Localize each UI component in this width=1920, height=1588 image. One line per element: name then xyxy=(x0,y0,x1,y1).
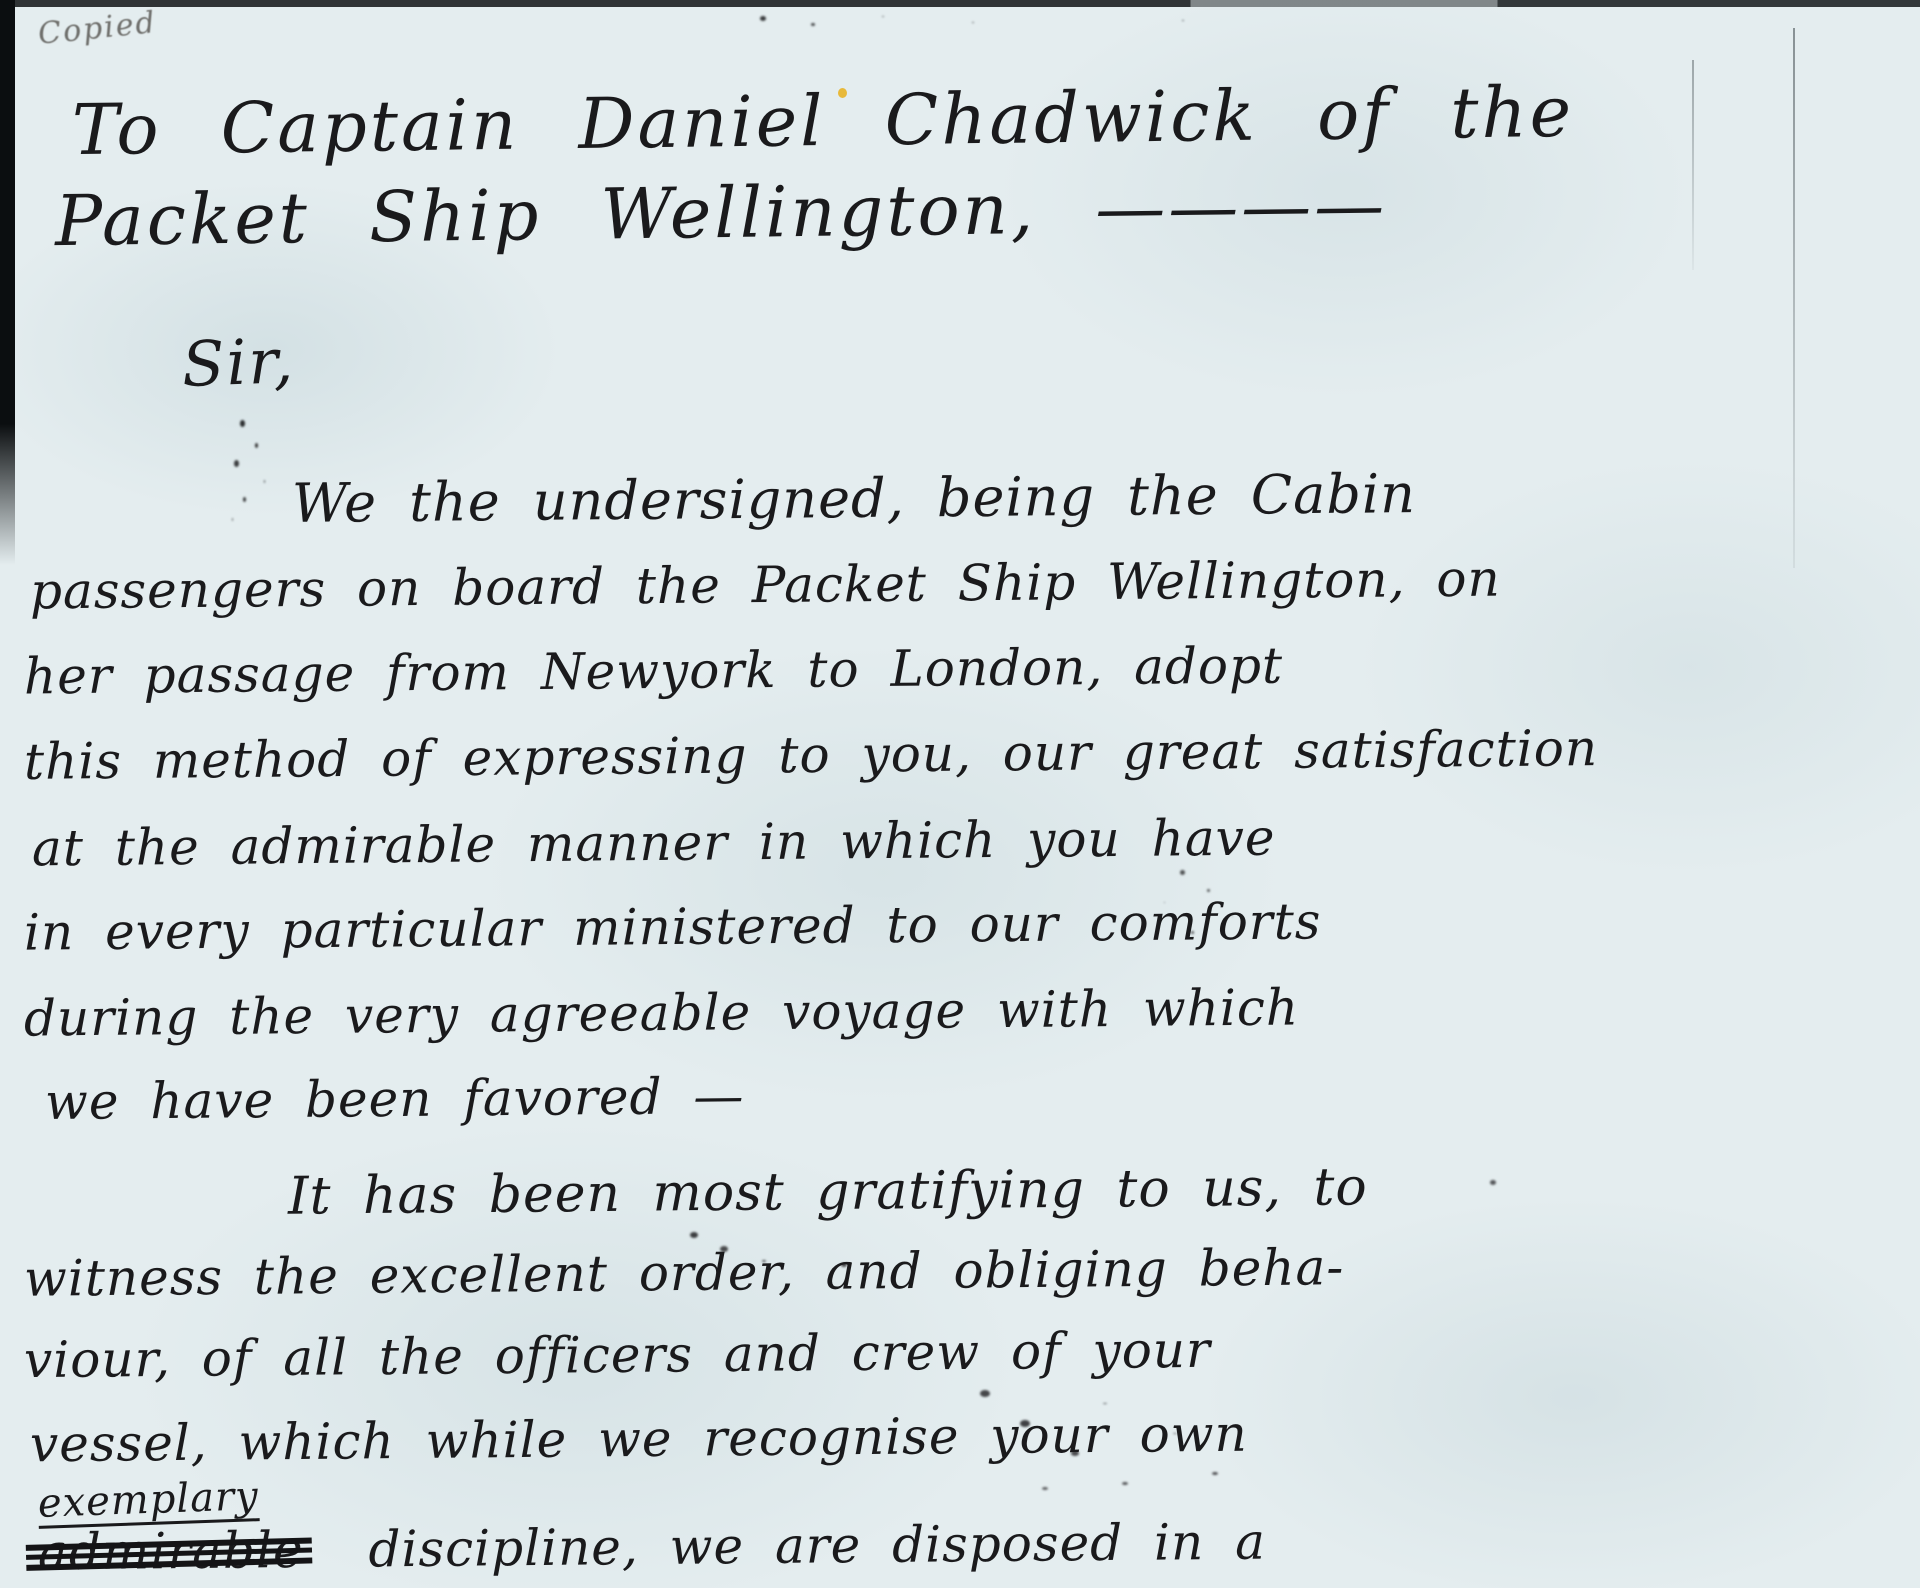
body-line: We the undersigned, being the Cabin xyxy=(292,467,1416,531)
ink-smudge xyxy=(240,420,245,427)
ink-smudge xyxy=(1180,870,1185,875)
body-line: passengers on board the Packet Ship Well… xyxy=(30,554,1501,617)
struck-out-word: admirable xyxy=(32,1525,310,1577)
body-line-final: admirable discipline, we are disposed in… xyxy=(32,1517,1266,1578)
pencil-annotation: Copied xyxy=(37,8,158,50)
ink-smudge xyxy=(980,1390,990,1397)
body-line: during the very agreeable voyage with wh… xyxy=(24,982,1300,1043)
body-line: It has been most gratifying to us, to xyxy=(288,1161,1368,1222)
scanned-letter-page: Copied To Captain Daniel Chadwick of the… xyxy=(0,0,1920,1588)
address-line-1: To Captain Daniel Chadwick of the xyxy=(72,77,1575,165)
body-line: this method of expressing to you, our gr… xyxy=(24,723,1598,787)
body-line: vessel, which while we recognise your ow… xyxy=(30,1409,1248,1470)
body-line: in every particular ministered to our co… xyxy=(24,896,1322,957)
body-line: at the admirable manner in which you hav… xyxy=(32,813,1276,874)
salutation: Sir, xyxy=(181,330,296,396)
ink-smudge xyxy=(1490,1180,1496,1185)
paper-crease xyxy=(1793,28,1795,568)
body-line: viour, of all the officers and crew of y… xyxy=(24,1325,1211,1385)
body-line: her passage from Newyork to London, adop… xyxy=(24,641,1284,702)
body-line: witness the excellent order, and obligin… xyxy=(24,1242,1345,1304)
final-line-text: discipline, we are disposed in a xyxy=(368,1513,1266,1579)
scan-left-edge xyxy=(0,0,15,565)
body-line: we have been favored — xyxy=(45,1071,745,1127)
scan-top-edge xyxy=(0,0,1920,7)
address-line-2: Packet Ship Wellington, ———— xyxy=(55,170,1388,256)
ink-smudge xyxy=(760,16,766,21)
paper-crease-2 xyxy=(1692,60,1694,270)
ink-smudge xyxy=(690,1232,698,1238)
